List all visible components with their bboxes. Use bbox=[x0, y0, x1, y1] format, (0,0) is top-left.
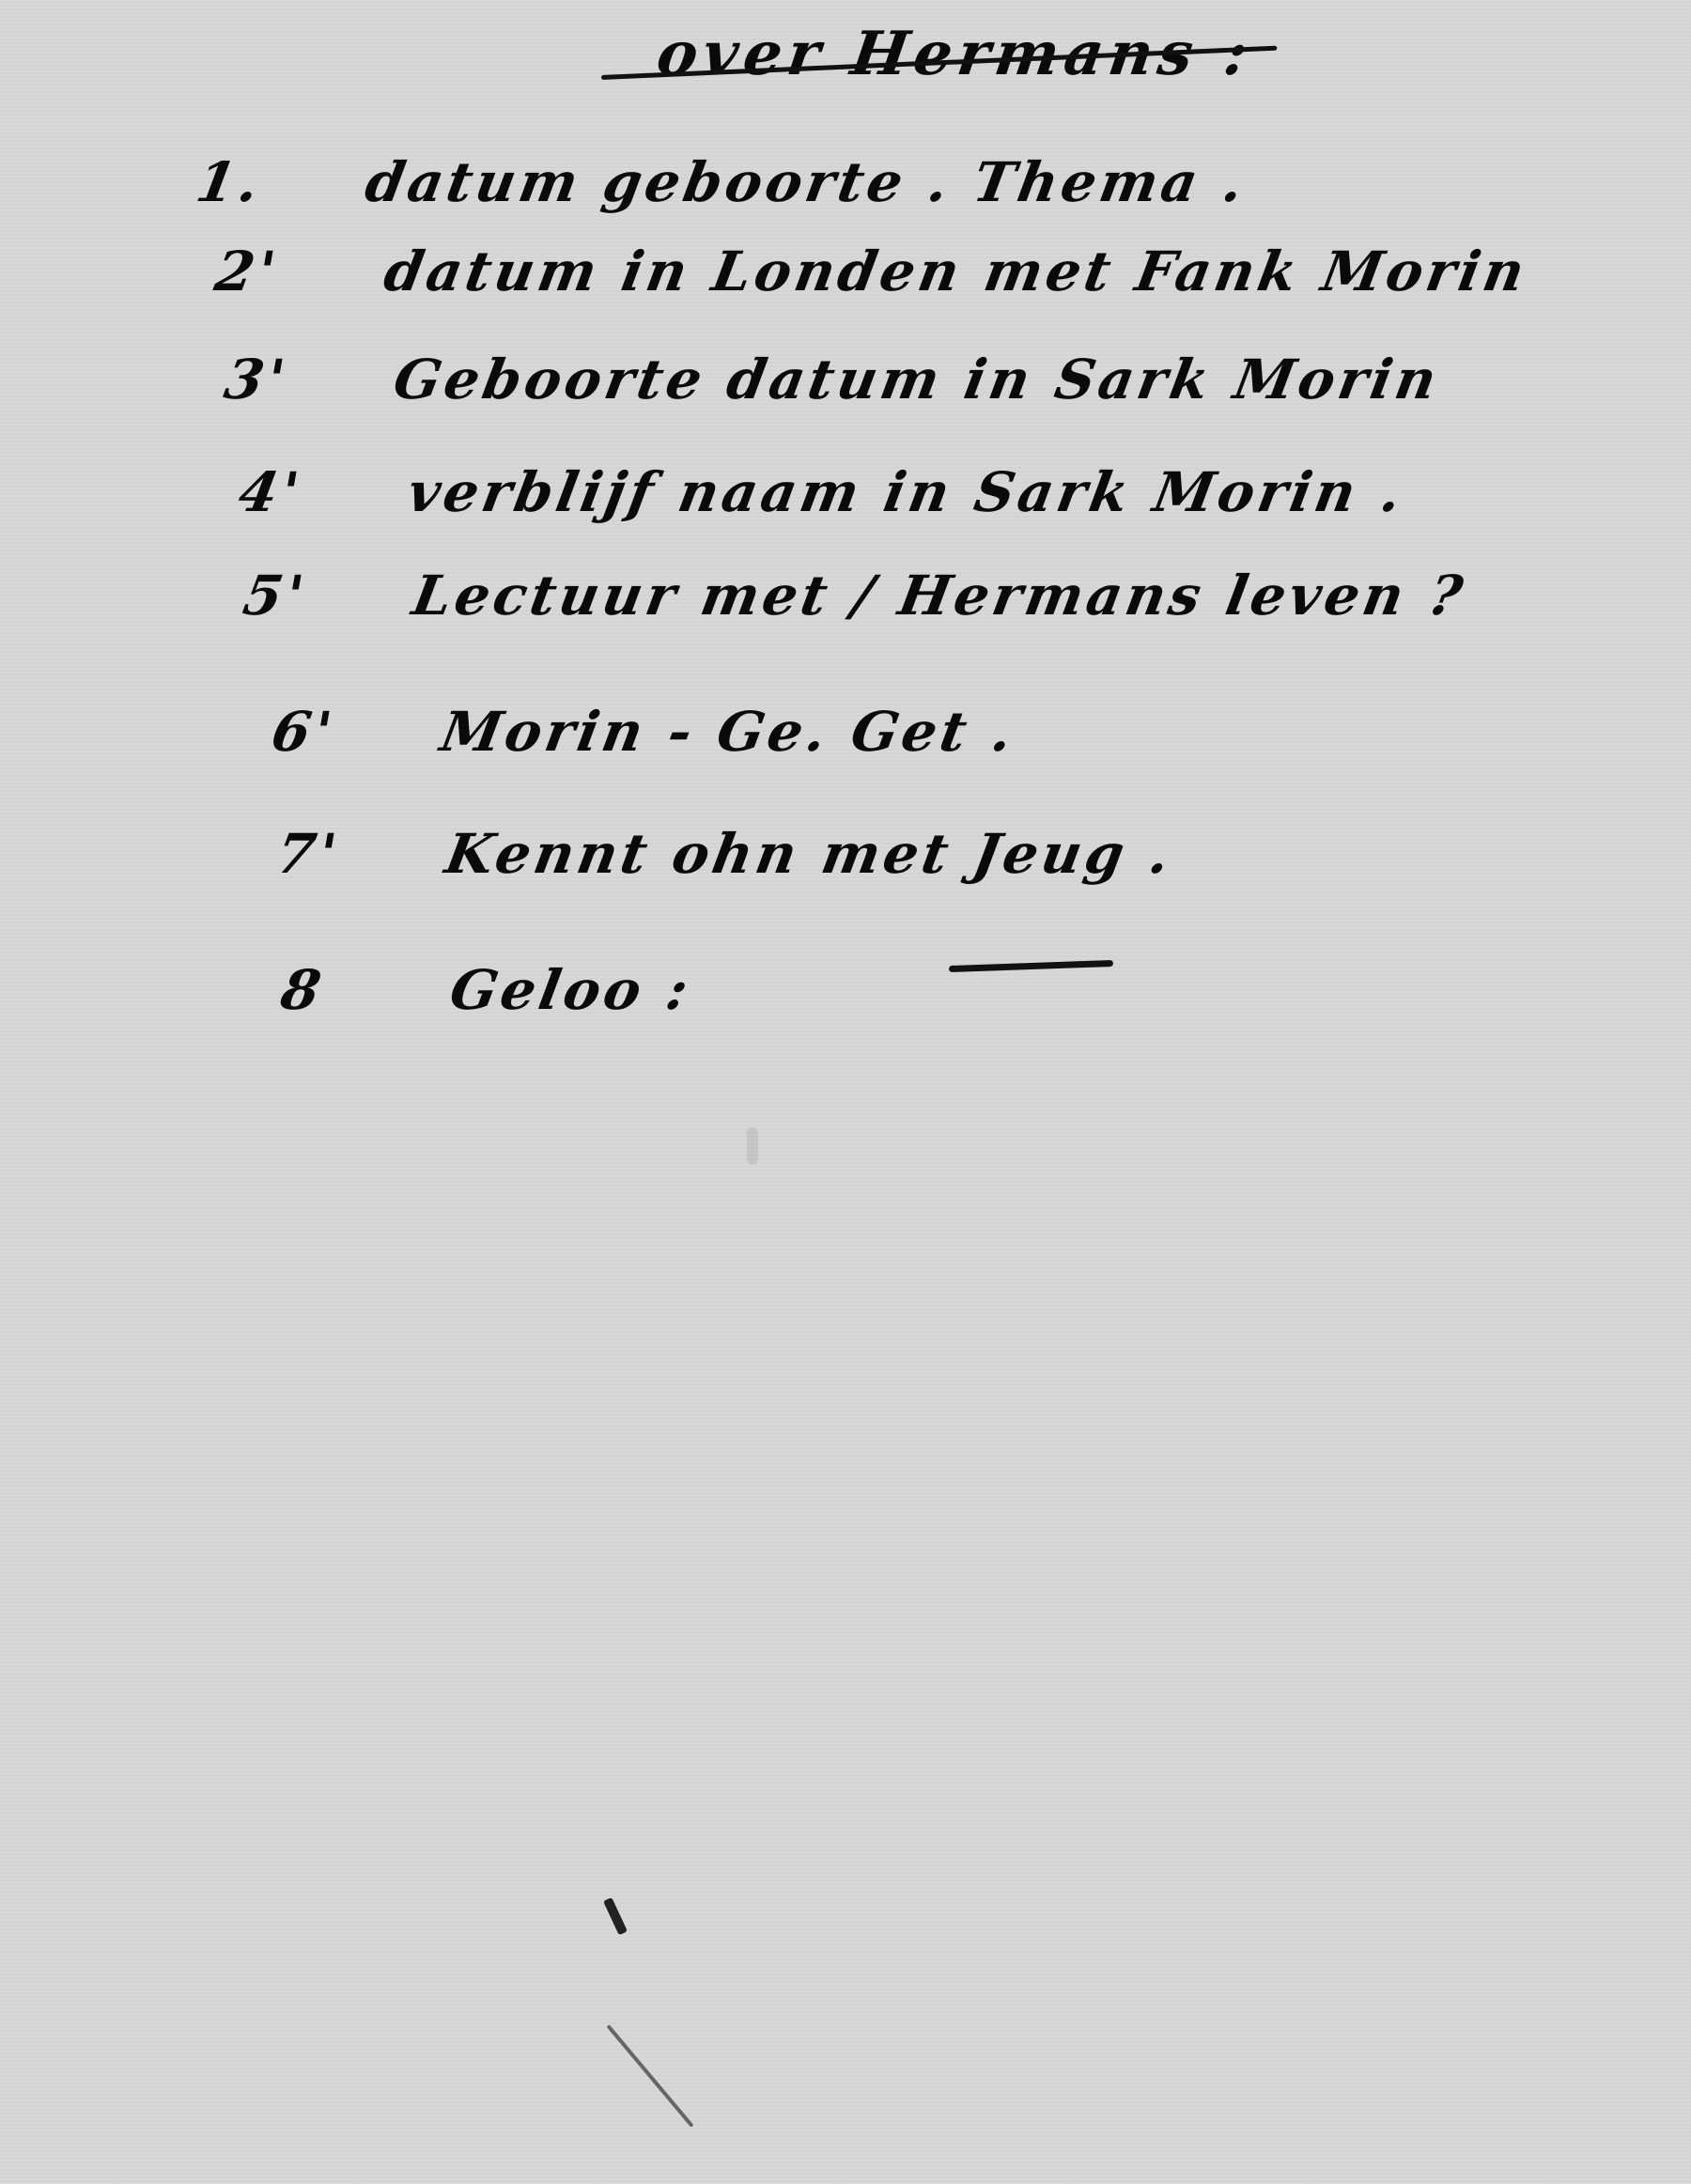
paper-speck bbox=[747, 1127, 758, 1165]
item-text: Geboorte datum in Sark Morin bbox=[389, 348, 1445, 411]
item-number: 2' bbox=[210, 240, 391, 303]
list-item: 1.datum geboorte . Thema . bbox=[192, 150, 1251, 214]
item-text: Morin - Ge. Get . bbox=[436, 700, 1021, 764]
item-text: datum in Londen met Fank Morin bbox=[380, 240, 1533, 303]
item-number: 8 bbox=[276, 958, 457, 1022]
list-item: 8Geloo : bbox=[276, 958, 696, 1022]
item-number: 7' bbox=[271, 822, 452, 886]
item-text: datum geboorte . Thema . bbox=[361, 150, 1251, 214]
list-item: 3'Geboorte datum in Sark Morin bbox=[220, 348, 1445, 411]
item-number: 6' bbox=[267, 700, 447, 764]
list-item: 6'Morin - Ge. Get . bbox=[267, 700, 1021, 764]
item-text: Lectuur met / Hermans leven ? bbox=[408, 564, 1471, 627]
item-number: 5' bbox=[239, 564, 419, 627]
list-item: 4'verblijf naam in Sark Morin . bbox=[234, 460, 1410, 524]
item-text: Geloo : bbox=[445, 958, 696, 1022]
item-text: verblijf naam in Sark Morin . bbox=[403, 460, 1410, 524]
item-number: 4' bbox=[234, 460, 414, 524]
list-item: 7'Kennt ohn met Jeug . bbox=[271, 822, 1178, 886]
item-number: 3' bbox=[220, 348, 400, 411]
item-text: Kennt ohn met Jeug . bbox=[441, 822, 1178, 886]
paper-background bbox=[0, 0, 1691, 2184]
item-number: 1. bbox=[192, 150, 372, 214]
list-item: 5'Lectuur met / Hermans leven ? bbox=[239, 564, 1471, 627]
list-item: 2'datum in Londen met Fank Morin bbox=[210, 240, 1533, 303]
